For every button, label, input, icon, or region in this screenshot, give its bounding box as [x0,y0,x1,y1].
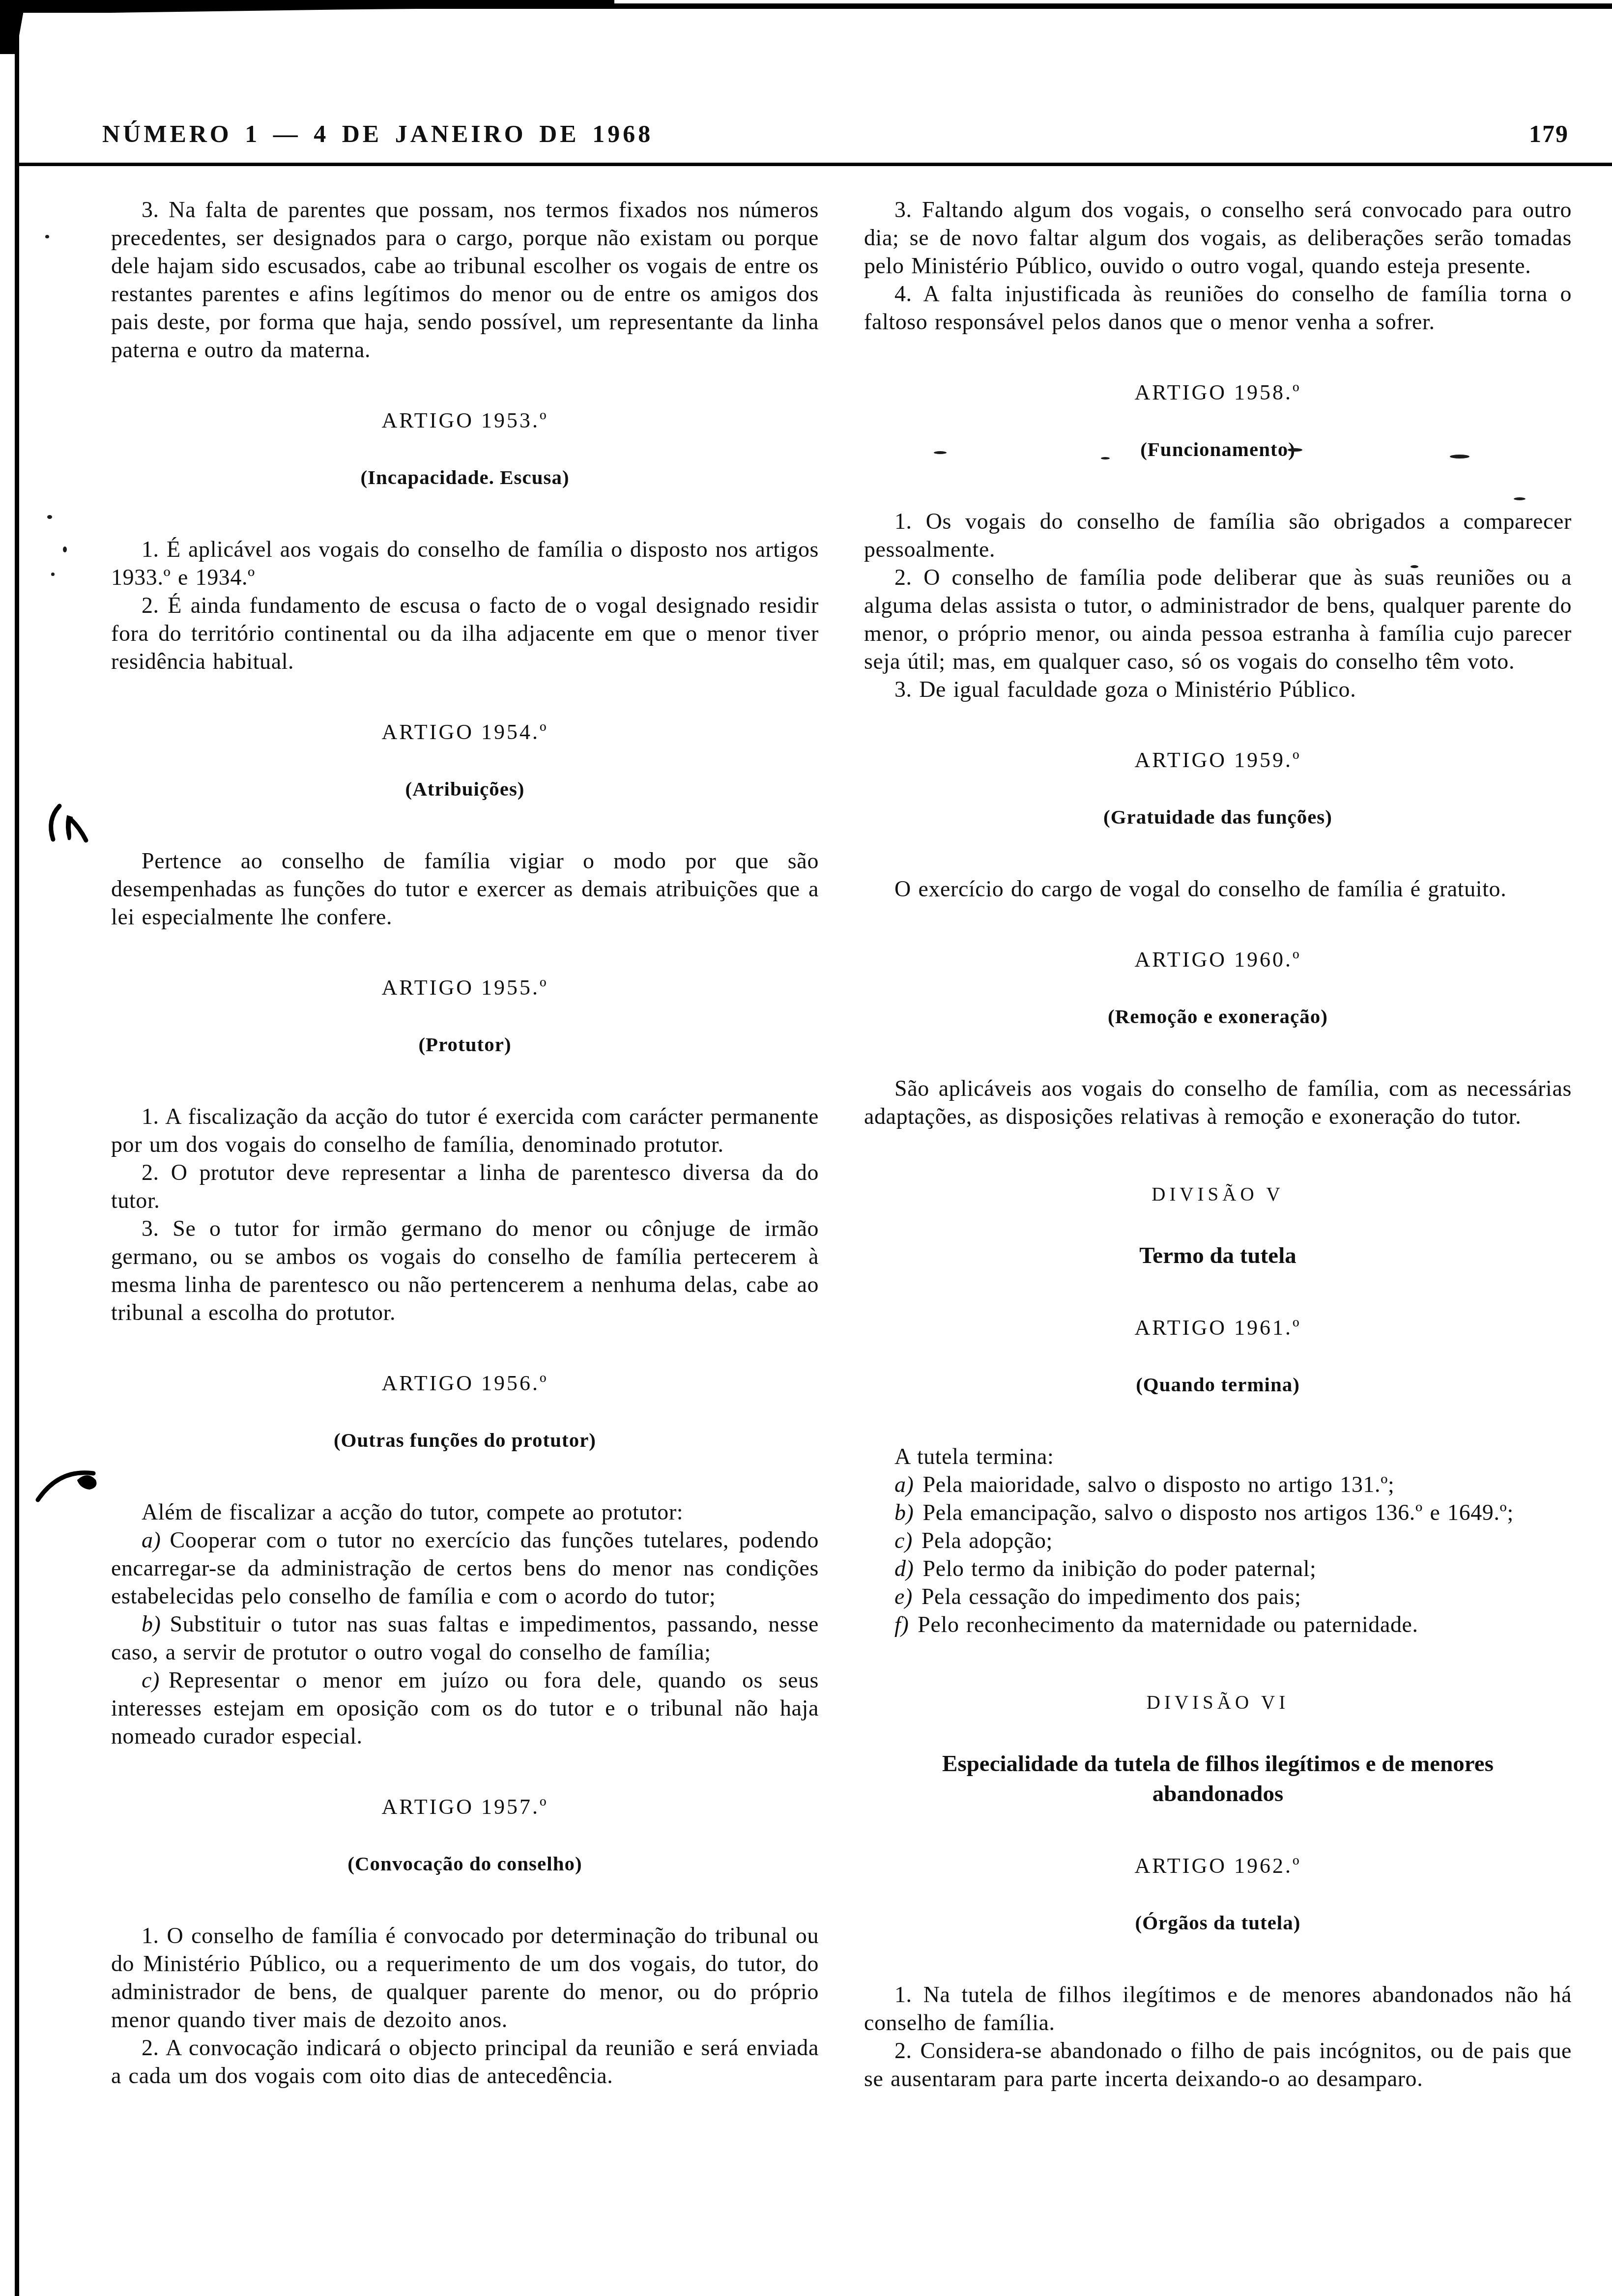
list-item: b)Pela emancipação, salvo o disposto nos… [864,1498,1572,1526]
article-rubric: (Protutor) [111,1033,819,1056]
list-item: c)Pela adopção; [864,1526,1572,1554]
issue-title: NÚMERO 1 — 4 DE JANEIRO DE 1968 [102,119,653,148]
item-marker: a) [142,1527,161,1552]
item-marker: e) [894,1584,913,1609]
article-heading: ARTIGO 1958.º [864,380,1572,405]
paragraph: O exercício do cargo de vogal do conselh… [864,875,1572,903]
scanned-gazette-page: NÚMERO 1 — 4 DE JANEIRO DE 1968 179 3. N… [0,0,1612,2296]
article-rubric: (Outras funções do protutor) [111,1428,819,1452]
paragraph: 4. A falta injustificada às reuniões do … [864,280,1572,336]
right-column: 3. Faltando algum dos vogais, o conselho… [864,196,1572,2093]
item-marker: c) [894,1528,913,1553]
section-title: Especialidade da tutela de filhos ilegít… [928,1749,1508,1809]
division-heading: DIVISÃO V [864,1183,1572,1205]
item-marker: b) [894,1500,914,1525]
article-heading: ARTIGO 1953.º [111,408,819,433]
article-heading: ARTIGO 1959.º [864,747,1572,773]
article-rubric: (Incapacidade. Escusa) [111,465,819,489]
item-text: Pela cessação do impedimento dos pais; [921,1584,1301,1609]
article-heading: ARTIGO 1961.º [864,1315,1572,1340]
list-item: e)Pela cessação do impedimento dos pais; [864,1582,1572,1610]
scan-speck [1101,457,1110,459]
paragraph: 1. O conselho de família é convocado por… [111,1922,819,2034]
paragraph: 1. Na tutela de filhos ilegítimos e de m… [864,1980,1572,2037]
scan-speck [47,515,52,519]
scan-speck [1450,455,1469,459]
item-marker: d) [894,1556,914,1581]
item-text: Cooperar com o tutor no exercício das fu… [111,1527,819,1608]
article-heading: ARTIGO 1955.º [111,975,819,1000]
article-rubric: (Gratuidade das funções) [864,805,1572,829]
item-text: Pela maioridade, salvo o disposto no art… [923,1472,1395,1497]
scan-left-edge [15,0,19,2296]
page-number: 179 [1529,119,1569,148]
list-item: a)Cooperar com o tutor no exercício das … [111,1526,819,1610]
pen-mark-icon [34,1461,109,1510]
division-heading: DIVISÃO VI [864,1692,1572,1714]
article-heading: ARTIGO 1960.º [864,947,1572,972]
scan-speck [934,451,947,454]
paragraph: 1. A fiscalização da acção do tutor é ex… [111,1102,819,1158]
pen-mark-icon [42,802,97,847]
scan-speck [1410,565,1418,568]
paragraph: 3. Se o tutor for irmão germano do menor… [111,1214,819,1326]
item-marker: a) [894,1472,914,1497]
list-item: f)Pelo reconhecimento da maternidade ou … [864,1610,1572,1638]
paragraph: Além de fiscalizar a acção do tutor, com… [111,1498,819,1526]
list-item: b)Substituir o tutor nas suas faltas e i… [111,1610,819,1666]
scan-speck [1514,497,1526,500]
item-text: Pelo termo da inibição do poder paternal… [923,1556,1317,1581]
article-rubric: (Quando termina) [864,1373,1572,1396]
left-column: 3. Na falta de parentes que possam, nos … [111,196,819,2093]
paragraph: São aplicáveis aos vogais do conselho de… [864,1074,1572,1130]
article-heading: ARTIGO 1957.º [111,1794,819,1819]
paragraph: 3. Faltando algum dos vogais, o conselho… [864,196,1572,280]
item-marker: b) [142,1611,161,1636]
article-rubric: (Atribuições) [111,777,819,801]
header-rule [15,163,1612,166]
item-text: Substituir o tutor nas suas faltas e imp… [111,1611,819,1665]
scan-speck [51,573,55,576]
scan-speck [63,546,67,552]
item-marker: f) [894,1612,909,1637]
article-rubric: (Remoção e exoneração) [864,1004,1572,1028]
masthead: NÚMERO 1 — 4 DE JANEIRO DE 1968 179 [0,0,1612,148]
item-text: Pelo reconhecimento da maternidade ou pa… [918,1612,1418,1637]
article-rubric: (Convocação do conselho) [111,1852,819,1875]
scan-speck [1288,448,1302,452]
item-marker: c) [142,1667,160,1693]
article-heading: ARTIGO 1954.º [111,719,819,745]
paragraph: Pertence ao conselho de família vigiar o… [111,847,819,931]
scan-speck [45,235,49,238]
article-heading: ARTIGO 1956.º [111,1371,819,1396]
item-text: Representar o menor em juízo ou fora del… [111,1667,819,1749]
item-text: Pela emancipação, salvo o disposto nos a… [923,1500,1514,1525]
paragraph: 3. De igual faculdade goza o Ministério … [864,675,1572,703]
paragraph: 2. É ainda fundamento de escusa o facto … [111,591,819,675]
paragraph: 2. Considera-se abandonado o filho de pa… [864,2037,1572,2093]
paragraph: 3. Na falta de parentes que possam, nos … [111,196,819,364]
list-item: a)Pela maioridade, salvo o disposto no a… [864,1470,1572,1498]
section-title: Termo da tutela [928,1241,1508,1271]
article-rubric: (Órgãos da tutela) [864,1911,1572,1934]
article-heading: ARTIGO 1962.º [864,1853,1572,1878]
text-columns: 3. Na falta de parentes que possam, nos … [0,166,1612,2093]
paragraph: A tutela termina: [864,1442,1572,1470]
paragraph: 1. Os vogais do conselho de família são … [864,507,1572,563]
paragraph: 2. O protutor deve representar a linha d… [111,1158,819,1214]
list-item: d)Pelo termo da inibição do poder patern… [864,1554,1572,1582]
item-text: Pela adopção; [921,1528,1053,1553]
list-item: c)Representar o menor em juízo ou fora d… [111,1666,819,1750]
paragraph: 1. É aplicável aos vogais do conselho de… [111,535,819,591]
paragraph: 2. A convocação indicará o objecto princ… [111,2034,819,2090]
paragraph: 2. O conselho de família pode deliberar … [864,563,1572,675]
